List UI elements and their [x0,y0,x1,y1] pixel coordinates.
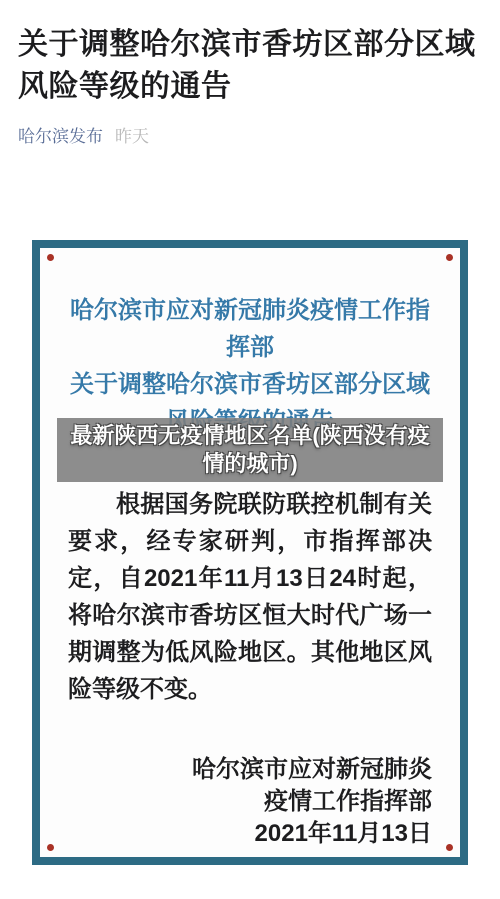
notice-body: 根据国务院联防联控机制有关要求，经专家研判，市指挥部决定，自2021年11月13… [68,486,432,708]
caption-text: 最新陕西无疫情地区名单(陕西没有疫情的城市) [63,422,437,478]
publisher-link[interactable]: 哈尔滨发布 [18,122,103,147]
notice-org-title: 哈尔滨市应对新冠肺炎疫情工作指挥部 [68,292,432,366]
caption-overlay: 最新陕西无疫情地区名单(陕西没有疫情的城市) [57,418,443,482]
signature-line-2: 疫情工作指挥部 [68,786,432,818]
article-title: 关于调整哈尔滨市香坊区部分区域风险等级的通告 [18,24,484,108]
signature-line-1: 哈尔滨市应对新冠肺炎 [68,754,432,786]
corner-dot-bottom-right [446,844,453,851]
corner-dot-bottom-left [47,844,54,851]
notice-image[interactable]: 哈尔滨市应对新冠肺炎疫情工作指挥部 关于调整哈尔滨市香坊区部分区域风险等级的通告… [32,240,468,865]
notice-signature: 哈尔滨市应对新冠肺炎 疫情工作指挥部 2021年11月13日 [68,754,432,850]
corner-dot-top-right [446,254,453,261]
article-meta: 哈尔滨发布 昨天 [18,122,149,147]
signature-date: 2021年11月13日 [68,818,432,850]
corner-dot-top-left [47,254,54,261]
publish-time: 昨天 [115,122,149,147]
